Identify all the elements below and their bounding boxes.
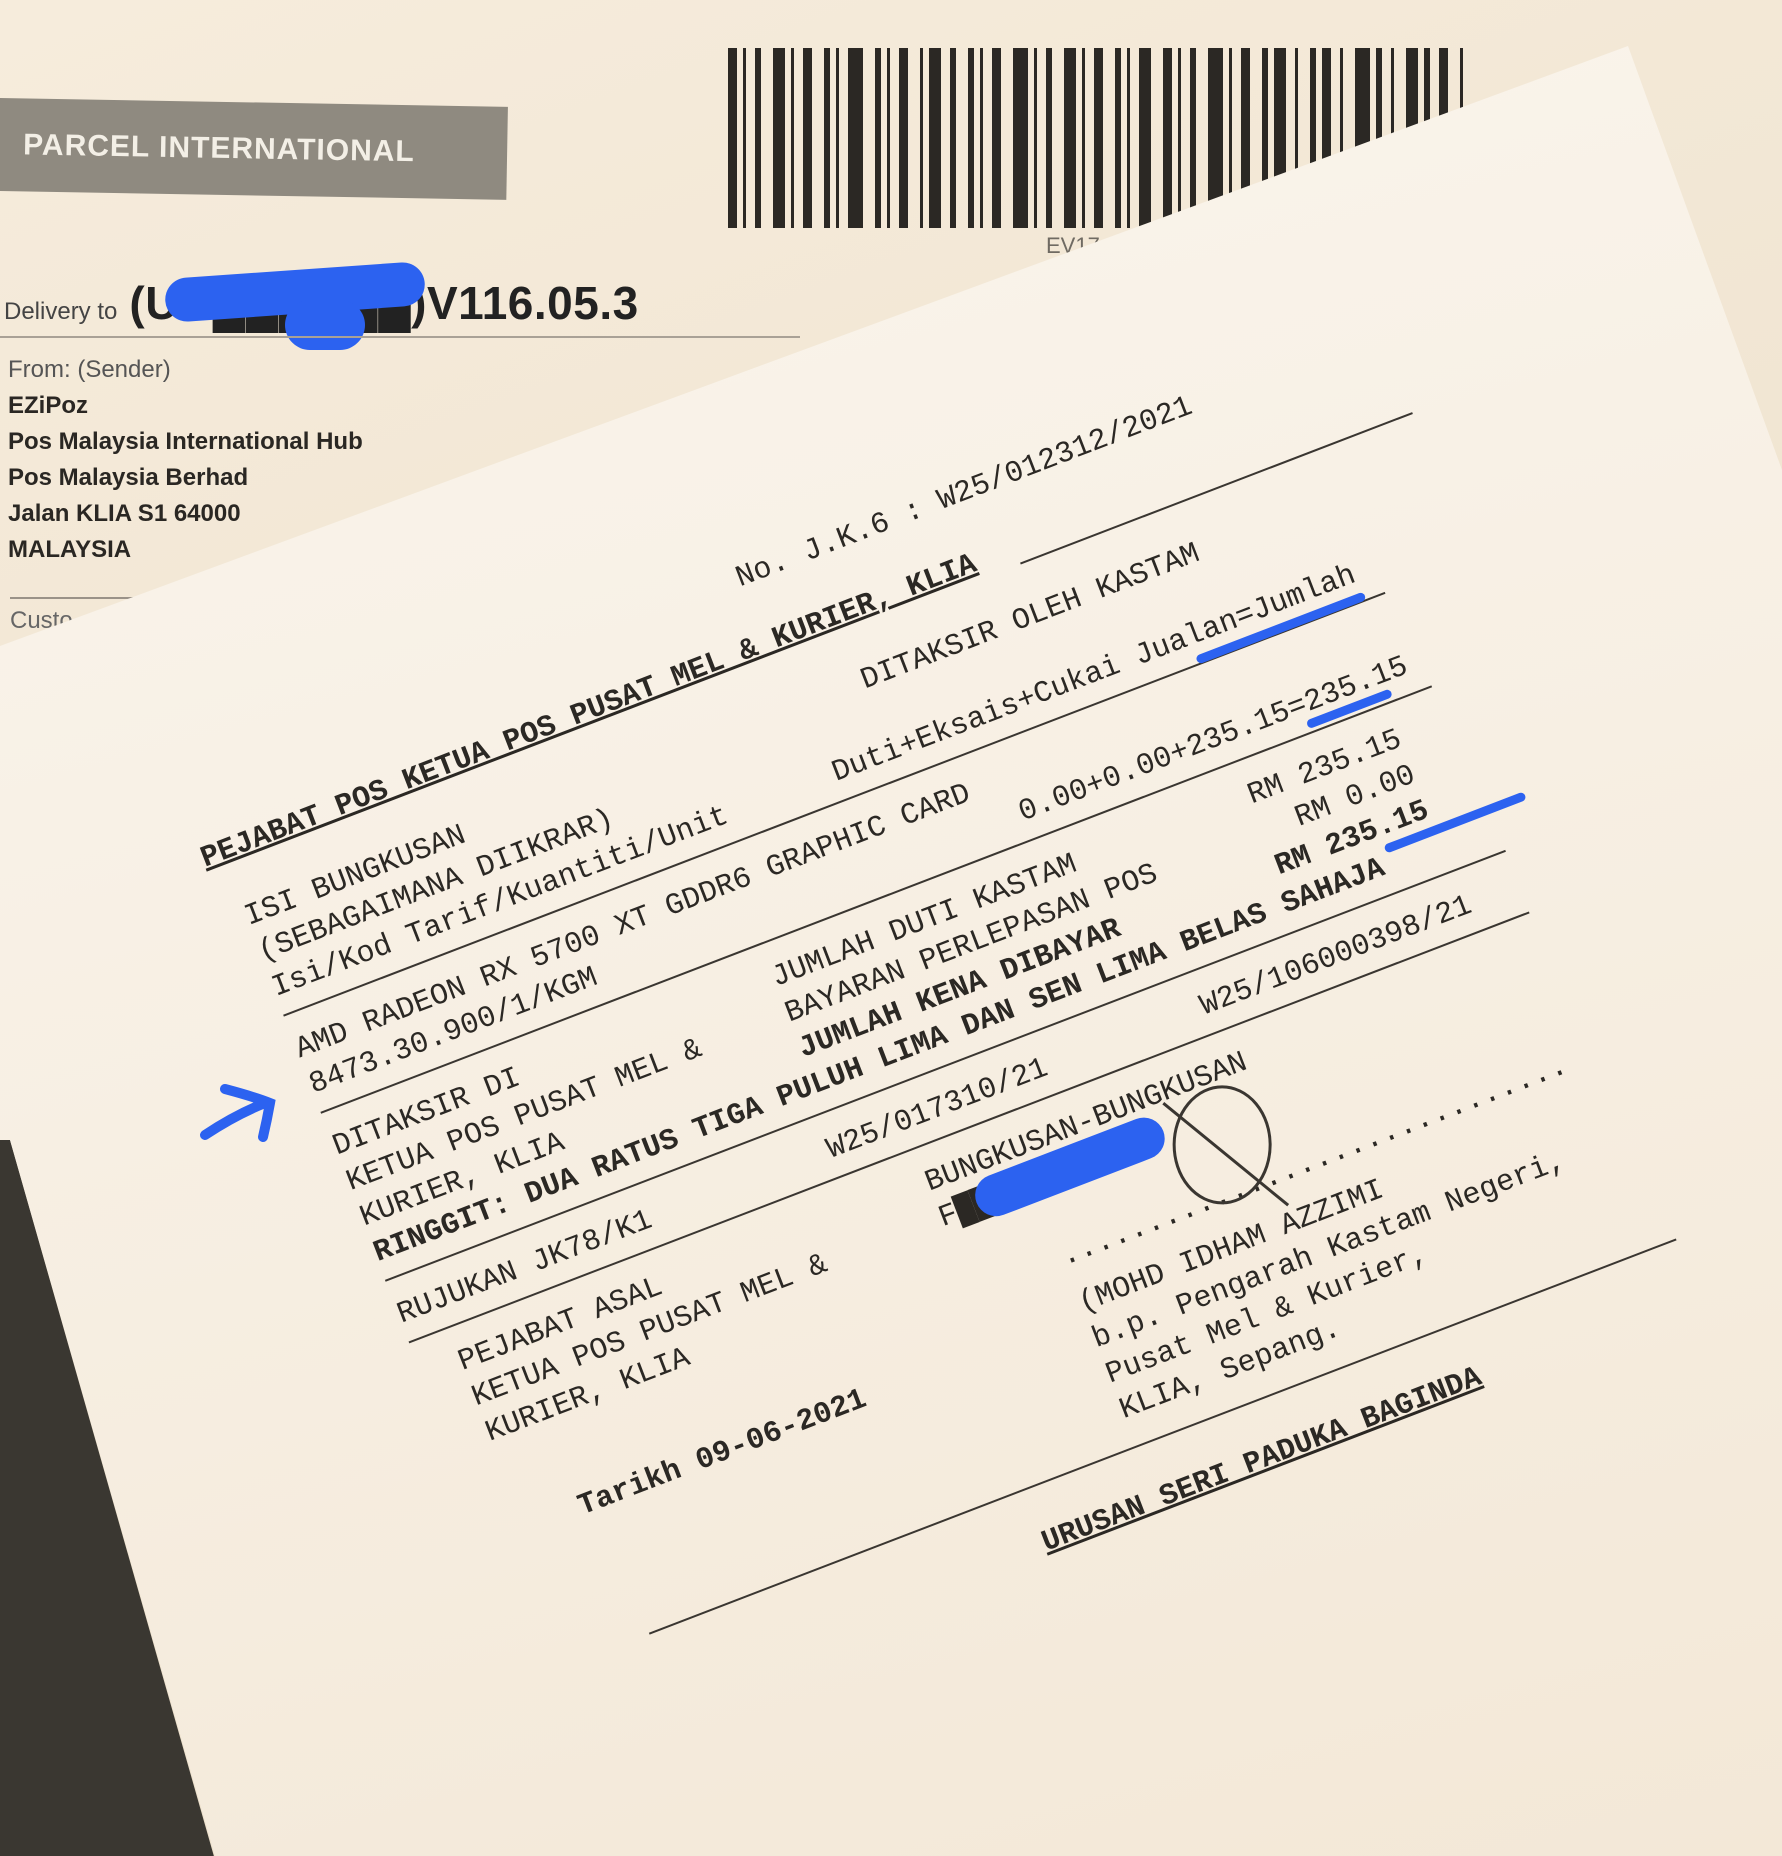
parcel-type-text: PARCEL INTERNATIONAL <box>23 128 415 169</box>
sender-line: EZiPoz <box>8 388 363 424</box>
sender-line: Jalan KLIA S1 64000 <box>8 496 363 532</box>
parcel-type-banner: PARCEL INTERNATIONAL <box>0 98 508 200</box>
sender-line: Pos Malaysia Berhad <box>8 460 363 496</box>
delivery-label: Delivery to <box>4 298 117 326</box>
sender-line: Pos Malaysia International Hub <box>8 424 363 460</box>
arrow-annotation-icon <box>195 1075 305 1145</box>
form-footer: URUSAN SERI PADUKA BAGINDA <box>1037 1359 1488 1562</box>
sender-heading: From: (Sender) <box>8 352 363 388</box>
divider <box>0 336 800 338</box>
redaction-mark <box>285 300 365 350</box>
